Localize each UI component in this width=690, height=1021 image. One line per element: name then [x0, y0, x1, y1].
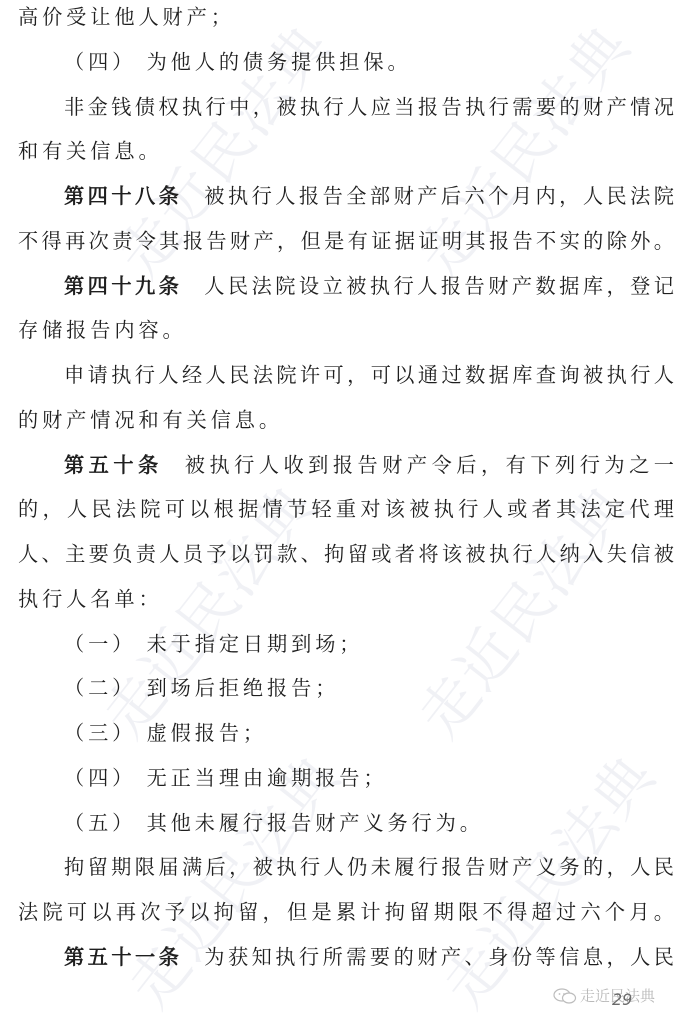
text-line: 高价受让他人财产；: [18, 2, 674, 32]
text-line: 人、主要负责人员予以罚款、拘留或者将该被执行人纳入失信被: [18, 539, 674, 569]
source-watermark: 走近民法典: [553, 985, 655, 1006]
text-line: 拘留期限届满后，被执行人仍未履行报告财产义务的，人民: [18, 852, 674, 882]
line-text: 的财产情况和有关信息。: [18, 408, 283, 432]
article-line: 第五十一条为获知执行所需要的财产、身份等信息，人民: [18, 942, 674, 972]
article-line: 第四十八条被执行人报告全部财产后六个月内，人民法院: [18, 181, 674, 211]
line-text: 申请执行人经人民法院许可，可以通过数据库查询被执行人: [64, 363, 674, 387]
line-text: 法院可以再次予以拘留，但是累计拘留期限不得超过六个月。: [18, 900, 674, 924]
text-line: （四） 为他人的债务提供担保。: [18, 47, 674, 77]
line-text: 执行人名单：: [18, 587, 163, 611]
text-line: 非金钱债权执行中，被执行人应当报告执行需要的财产情况: [18, 92, 674, 122]
text-line: （二） 到场后拒绝报告；: [18, 673, 674, 703]
line-text: 人、主要负责人员予以罚款、拘留或者将该被执行人纳入失信被: [18, 542, 674, 566]
line-text: 拘留期限届满后，被执行人仍未履行报告财产义务的，人民: [64, 855, 674, 879]
line-text: （五） 其他未履行报告财产义务行为。: [64, 811, 484, 835]
article-number: 第四十八条: [64, 184, 182, 208]
line-text: 非金钱债权执行中，被执行人应当报告执行需要的财产情况: [64, 95, 674, 119]
text-line: （四） 无正当理由逾期报告；: [18, 763, 674, 793]
text-line: 法院可以再次予以拘留，但是累计拘留期限不得超过六个月。: [18, 897, 674, 927]
line-text: 被执行人收到报告财产令后，有下列行为之一: [185, 453, 674, 477]
text-line: 和有关信息。: [18, 136, 674, 166]
article-number: 第五十条: [64, 453, 163, 477]
line-text: 被执行人报告全部财产后六个月内，人民法院: [204, 184, 674, 208]
text-line: （三） 虚假报告；: [18, 718, 674, 748]
text-line: 存储报告内容。: [18, 315, 674, 345]
line-text: 存储报告内容。: [18, 318, 187, 342]
article-line: 第五十条被执行人收到报告财产令后，有下列行为之一: [18, 450, 674, 480]
text-line: 执行人名单：: [18, 584, 674, 614]
line-text: （二） 到场后拒绝报告；: [64, 676, 339, 700]
article-number: 第五十一条: [64, 945, 182, 969]
line-text: 不得再次责令其报告财产，但是有证据证明其报告不实的除外。: [18, 229, 674, 253]
article-line: 第四十九条人民法院设立被执行人报告财产数据库，登记: [18, 271, 674, 301]
line-text: 高价受让他人财产；: [18, 5, 235, 29]
text-line: 不得再次责令其报告财产，但是有证据证明其报告不实的除外。: [18, 226, 674, 256]
line-text: 和有关信息。: [18, 139, 163, 163]
text-line: （一） 未于指定日期到场；: [18, 629, 674, 659]
text-line: 申请执行人经人民法院许可，可以通过数据库查询被执行人: [18, 360, 674, 390]
line-text: （三） 虚假报告；: [64, 721, 267, 745]
text-line: （五） 其他未履行报告财产义务行为。: [18, 808, 674, 838]
line-text: （四） 为他人的债务提供担保。: [64, 50, 412, 74]
page-number: 29: [612, 990, 632, 1009]
wechat-icon: [553, 988, 577, 1004]
article-number: 第四十九条: [64, 274, 182, 298]
line-text: 为获知执行所需要的财产、身份等信息，人民: [204, 945, 674, 969]
line-text: 的，人民法院可以根据情节轻重对该被执行人或者其法定代理: [18, 497, 674, 521]
text-line: 的财产情况和有关信息。: [18, 405, 674, 435]
line-text: （一） 未于指定日期到场；: [64, 632, 363, 656]
text-line: 的，人民法院可以根据情节轻重对该被执行人或者其法定代理: [18, 494, 674, 524]
line-text: （四） 无正当理由逾期报告；: [64, 766, 387, 790]
line-text: 人民法院设立被执行人报告财产数据库，登记: [204, 274, 674, 298]
